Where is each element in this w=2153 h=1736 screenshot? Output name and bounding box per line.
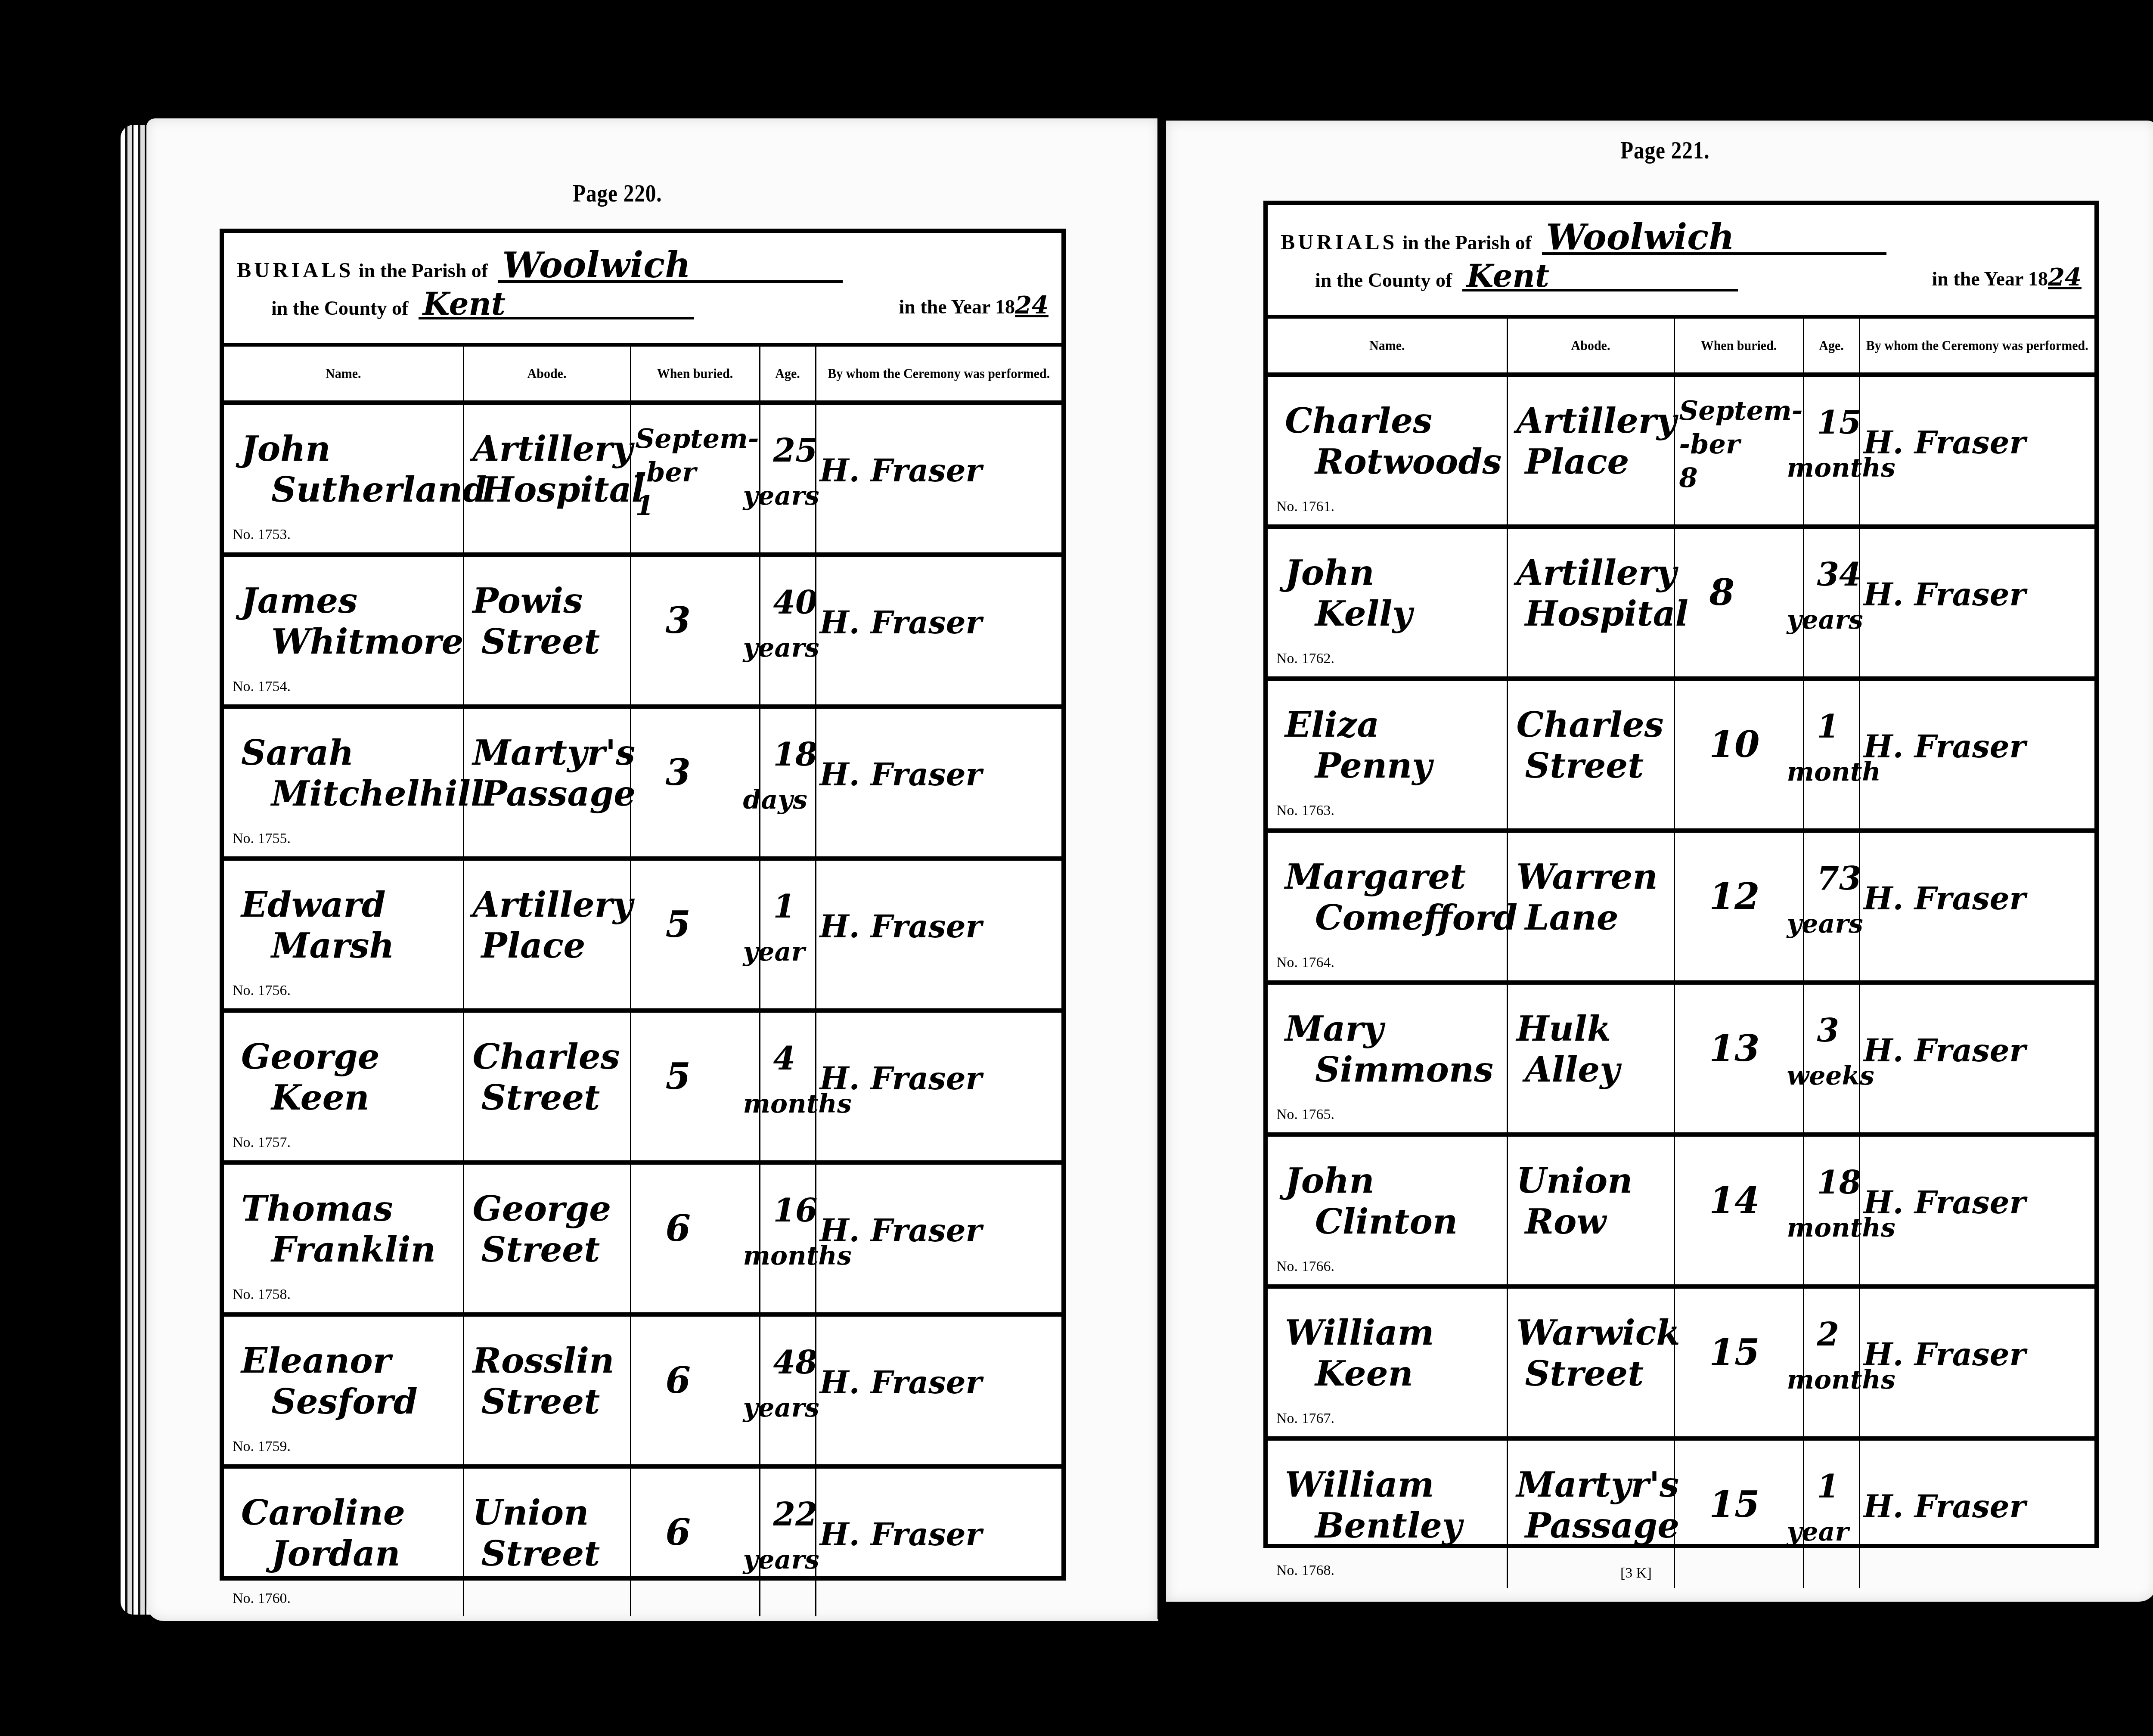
abode-line-2: Street <box>481 1381 600 1422</box>
name-cell: CarolineJordanNo. 1760. <box>224 1466 463 1616</box>
officiant-name: H. Fraser <box>820 1210 982 1251</box>
register-header: BURIALS in the Parish of Woolwich in the… <box>224 233 1061 347</box>
officiant-name: H. Fraser <box>1864 878 2026 919</box>
age-cell: 16months <box>760 1162 816 1314</box>
age-cell: 4months <box>760 1011 816 1162</box>
name-cell: MarySimmonsNo. 1765. <box>1268 983 1507 1135</box>
burial-date: 12 <box>1709 876 1760 917</box>
age-value: 48 <box>773 1342 818 1383</box>
abode-cell: GeorgeStreet <box>463 1162 630 1314</box>
column-header-name: Name. <box>224 344 463 405</box>
age-unit: years <box>743 1540 819 1581</box>
officiant-name: H. Fraser <box>1864 1486 2026 1527</box>
name-cell: EdwardMarshNo. 1756. <box>224 859 463 1011</box>
abode-line-2: Lane <box>1525 897 1619 938</box>
age-cell: 1year <box>1803 1438 1859 1588</box>
abode-line-2: Place <box>481 925 586 966</box>
first-name: Sarah <box>241 732 354 773</box>
entry-number: No. 1768. <box>1276 1562 1334 1579</box>
when-buried-cell: 6 <box>630 1466 760 1616</box>
burials-table: Name. Abode. When buried. Age. By whom t… <box>1268 319 2094 1588</box>
abode-cell: PowisStreet <box>463 555 630 707</box>
entry-number: No. 1756. <box>233 983 291 999</box>
age-unit: years <box>1787 600 1863 641</box>
officiant-cell: H. Fraser <box>1859 375 2094 527</box>
abode-cell: RosslinStreet <box>463 1314 630 1466</box>
age-value: 18 <box>1817 1162 1861 1203</box>
age-cell: 34years <box>1803 527 1859 679</box>
abode-line-2: Hospital <box>481 469 645 510</box>
officiant-cell: H. Fraser <box>1859 1286 2094 1438</box>
when-buried-cell: 14 <box>1674 1135 1803 1286</box>
entry-number: No. 1754. <box>233 679 291 695</box>
abode-line-1: Powis <box>473 580 583 621</box>
burial-date: 15 <box>1709 1332 1760 1373</box>
abode-line-2: Street <box>481 621 600 662</box>
entry-number: No. 1760. <box>233 1590 291 1607</box>
entry-number: No. 1759. <box>233 1438 291 1455</box>
officiant-cell: H. Fraser <box>816 403 1061 555</box>
entry-number: No. 1761. <box>1276 499 1334 515</box>
officiant-cell: H. Fraser <box>816 707 1061 859</box>
age-unit: year <box>1787 1512 1849 1553</box>
burial-register-table: BURIALS in the Parish of Woolwich in the… <box>220 229 1066 1581</box>
abode-line-1: Artillery <box>1517 552 1677 593</box>
when-buried-cell: Septem- -ber 1 <box>630 403 760 555</box>
parish-label: in the Parish of <box>359 260 488 282</box>
age-value: 40 <box>773 583 818 623</box>
year-suffix: 24 <box>2048 263 2082 291</box>
burial-date: 10 <box>1709 724 1760 765</box>
officiant-name: H. Fraser <box>820 602 982 643</box>
surname: Clinton <box>1315 1201 1458 1242</box>
first-name: Mary <box>1285 1008 1384 1049</box>
age-unit: years <box>743 476 819 517</box>
entry-number: No. 1765. <box>1276 1107 1334 1123</box>
when-buried-cell: 10 <box>1674 679 1803 831</box>
when-buried-cell: 3 <box>630 707 760 859</box>
abode-line-1: Artillery <box>1517 400 1677 441</box>
first-name: Caroline <box>241 1492 405 1533</box>
year-suffix: 24 <box>1015 291 1049 319</box>
entry-number: No. 1753. <box>233 527 291 543</box>
abode-line-1: Artillery <box>473 428 633 469</box>
name-cell: ElizaPennyNo. 1763. <box>1268 679 1507 831</box>
age-value: 3 <box>1817 1011 1840 1051</box>
when-buried-cell: 6 <box>630 1314 760 1466</box>
first-name: William <box>1285 1464 1434 1505</box>
officiant-name: H. Fraser <box>820 1058 982 1099</box>
entry-number: No. 1762. <box>1276 651 1334 667</box>
first-name: John <box>1285 552 1374 593</box>
abode-cell: CharlesStreet <box>463 1011 630 1162</box>
surname: Penny <box>1315 745 1432 786</box>
first-name: George <box>241 1036 380 1077</box>
table-row: JohnSutherlandNo. 1753.ArtilleryHospital… <box>224 403 1061 555</box>
age-unit: years <box>1787 904 1863 945</box>
age-cell: 18days <box>760 707 816 859</box>
abode-cell: UnionRow <box>1507 1135 1674 1286</box>
entry-number: No. 1763. <box>1276 803 1334 819</box>
age-value: 18 <box>773 735 818 775</box>
entry-number: No. 1764. <box>1276 955 1334 971</box>
age-cell: 48years <box>760 1314 816 1466</box>
column-header-age: Age. <box>1803 316 1859 377</box>
age-cell: 1month <box>1803 679 1859 831</box>
age-unit: days <box>743 780 807 821</box>
officiant-name: H. Fraser <box>820 1362 982 1403</box>
abode-cell: HulkAlley <box>1507 983 1674 1135</box>
abode-line-1: Martyr's <box>1517 1464 1679 1505</box>
officiant-name: H. Fraser <box>1864 726 2026 767</box>
table-row: CarolineJordanNo. 1760.UnionStreet622yea… <box>224 1466 1061 1616</box>
surname: Kelly <box>1315 593 1412 634</box>
name-cell: JohnClintonNo. 1766. <box>1268 1135 1507 1286</box>
age-value: 22 <box>773 1494 818 1535</box>
burial-date: 8 <box>1709 572 1734 613</box>
abode-cell: CharlesStreet <box>1507 679 1674 831</box>
when-buried-cell: Septem- -ber 8 <box>1674 375 1803 527</box>
name-cell: CharlesRotwoodsNo. 1761. <box>1268 375 1507 527</box>
age-value: 1 <box>773 887 796 927</box>
first-name: William <box>1285 1312 1434 1353</box>
burials-label: BURIALS <box>1281 230 1397 254</box>
name-cell: MargaretComeffordNo. 1764. <box>1268 831 1507 983</box>
column-header-age: Age. <box>760 344 816 405</box>
table-row: SarahMitchelhillNo. 1755.Martyr'sPassage… <box>224 707 1061 859</box>
entry-number: No. 1758. <box>233 1286 291 1303</box>
name-cell: JamesWhitmoreNo. 1754. <box>224 555 463 707</box>
first-name: Charles <box>1285 400 1432 441</box>
age-value: 1 <box>1817 1466 1840 1507</box>
age-value: 25 <box>773 431 818 471</box>
table-row: WilliamKeenNo. 1767.WarwickStreet152mont… <box>1268 1286 2094 1438</box>
burial-date: Septem- -ber 1 <box>636 422 759 523</box>
age-cell: 25years <box>760 403 816 555</box>
abode-line-2: Alley <box>1525 1049 1620 1090</box>
age-cell: 3weeks <box>1803 983 1859 1135</box>
table-row: WilliamBentleyNo. 1768.Martyr'sPassage15… <box>1268 1438 2094 1588</box>
abode-line-2: Street <box>481 1077 600 1118</box>
first-name: John <box>241 428 331 469</box>
table-row: JohnKellyNo. 1762.ArtilleryHospital834ye… <box>1268 527 2094 679</box>
officiant-cell: H. Fraser <box>816 1162 1061 1314</box>
first-name: Thomas <box>241 1188 393 1229</box>
abode-line-1: George <box>473 1188 611 1229</box>
officiant-cell: H. Fraser <box>816 555 1061 707</box>
age-value: 2 <box>1817 1314 1840 1355</box>
officiant-name: H. Fraser <box>820 450 982 491</box>
surname: Sutherland <box>271 469 487 510</box>
abode-cell: ArtilleryPlace <box>463 859 630 1011</box>
table-row: JamesWhitmoreNo. 1754.PowisStreet340year… <box>224 555 1061 707</box>
age-value: 1 <box>1817 707 1840 747</box>
county-name: Kent <box>419 291 694 319</box>
table-row: GeorgeKeenNo. 1757.CharlesStreet54months… <box>224 1011 1061 1162</box>
abode-line-1: Union <box>473 1492 589 1533</box>
age-cell: 73years <box>1803 831 1859 983</box>
abode-line-1: Charles <box>473 1036 620 1077</box>
abode-line-2: Street <box>481 1229 600 1270</box>
county-label: in the County of <box>271 297 408 319</box>
officiant-cell: H. Fraser <box>1859 527 2094 679</box>
when-buried-cell: 5 <box>630 859 760 1011</box>
table-row: EleanorSesfordNo. 1759.RosslinStreet648y… <box>224 1314 1061 1466</box>
first-name: Eleanor <box>241 1340 391 1381</box>
officiant-name: H. Fraser <box>1864 422 2026 463</box>
entries-right: CharlesRotwoodsNo. 1761.ArtilleryPlaceSe… <box>1268 375 2094 1588</box>
age-value: 15 <box>1817 403 1861 443</box>
officiant-cell: H. Fraser <box>816 1466 1061 1616</box>
abode-cell: WarwickStreet <box>1507 1286 1674 1438</box>
burial-date: 14 <box>1709 1180 1760 1221</box>
age-cell: 22years <box>760 1466 816 1616</box>
entry-number: No. 1766. <box>1276 1259 1334 1275</box>
age-value: 34 <box>1817 555 1861 595</box>
when-buried-cell: 3 <box>630 555 760 707</box>
county-name: Kent <box>1462 263 1738 291</box>
name-cell: WilliamKeenNo. 1767. <box>1268 1286 1507 1438</box>
abode-line-1: Artillery <box>473 884 633 925</box>
page-number: Page 220. <box>573 179 662 208</box>
officiant-cell: H. Fraser <box>1859 831 2094 983</box>
table-row: EdwardMarshNo. 1756.ArtilleryPlace51year… <box>224 859 1061 1011</box>
column-header-officiant: By whom the Ceremony was performed. <box>816 344 1061 405</box>
first-name: Edward <box>241 884 386 925</box>
column-header-abode: Abode. <box>463 344 630 405</box>
abode-line-1: Warren <box>1517 856 1658 897</box>
left-page: Page 220. BURIALS in the Parish of Woolw… <box>146 118 1158 1621</box>
officiant-cell: H. Fraser <box>1859 1438 2094 1588</box>
book-gutter <box>1157 116 1167 1619</box>
name-cell: GeorgeKeenNo. 1757. <box>224 1011 463 1162</box>
burials-label: BURIALS <box>237 258 354 282</box>
abode-line-1: Charles <box>1517 704 1664 745</box>
burial-date: 3 <box>666 752 691 793</box>
first-name: Margaret <box>1285 856 1466 897</box>
parish-name: Woolwich <box>498 250 843 283</box>
entry-number: No. 1757. <box>233 1135 291 1151</box>
year-label: in the Year 18 <box>899 296 1015 318</box>
entry-number: No. 1767. <box>1276 1410 1334 1427</box>
officiant-name: H. Fraser <box>1864 574 2026 615</box>
burial-date: 3 <box>666 600 691 641</box>
officiant-name: H. Fraser <box>820 754 982 795</box>
abode-line-2: Passage <box>481 773 636 814</box>
surname: Bentley <box>1315 1505 1462 1546</box>
column-header-name: Name. <box>1268 316 1507 377</box>
column-header-officiant: By whom the Ceremony was performed. <box>1859 316 2094 377</box>
age-value: 16 <box>773 1190 818 1231</box>
age-value: 73 <box>1817 859 1861 899</box>
table-row: ThomasFranklinNo. 1758.GeorgeStreet616mo… <box>224 1162 1061 1314</box>
surname: Simmons <box>1315 1049 1493 1090</box>
burial-register-table: BURIALS in the Parish of Woolwich in the… <box>1263 201 2099 1548</box>
table-row: CharlesRotwoodsNo. 1761.ArtilleryPlaceSe… <box>1268 375 2094 527</box>
officiant-cell: H. Fraser <box>1859 1135 2094 1286</box>
when-buried-cell: 13 <box>1674 983 1803 1135</box>
surname: Rotwoods <box>1315 441 1502 482</box>
name-cell: SarahMitchelhillNo. 1755. <box>224 707 463 859</box>
surname: Whitmore <box>271 621 463 662</box>
surname: Franklin <box>271 1229 436 1270</box>
surname: Keen <box>271 1077 369 1118</box>
column-header-when-buried: When buried. <box>1674 316 1803 377</box>
county-label: in the County of <box>1315 269 1452 291</box>
burial-date: 6 <box>666 1360 691 1401</box>
age-cell: 15months <box>1803 375 1859 527</box>
surname: Keen <box>1315 1353 1413 1394</box>
when-buried-cell: 15 <box>1674 1286 1803 1438</box>
officiant-name: H. Fraser <box>1864 1334 2026 1375</box>
surname: Mitchelhill <box>271 773 484 814</box>
burial-date: 5 <box>666 1056 691 1097</box>
table-row: MargaretComeffordNo. 1764.WarrenLane1273… <box>1268 831 2094 983</box>
abode-line-2: Street <box>481 1533 600 1574</box>
surname: Marsh <box>271 925 394 966</box>
burial-date: 6 <box>666 1512 691 1553</box>
register-header: BURIALS in the Parish of Woolwich in the… <box>1268 205 2094 319</box>
when-buried-cell: 8 <box>1674 527 1803 679</box>
abode-line-2: Hospital <box>1525 593 1689 634</box>
name-cell: EleanorSesfordNo. 1759. <box>224 1314 463 1466</box>
age-value: 4 <box>773 1038 796 1079</box>
year-label: in the Year 18 <box>1932 268 2048 290</box>
abode-cell: ArtilleryHospital <box>463 403 630 555</box>
officiant-name: H. Fraser <box>820 1514 982 1555</box>
age-unit: years <box>743 628 819 669</box>
when-buried-cell: 12 <box>1674 831 1803 983</box>
age-unit: years <box>743 1388 819 1429</box>
first-name: Eliza <box>1285 704 1379 745</box>
surname: Jordan <box>271 1533 400 1574</box>
abode-line-2: Row <box>1525 1201 1607 1242</box>
when-buried-cell: 6 <box>630 1162 760 1314</box>
name-cell: JohnSutherlandNo. 1753. <box>224 403 463 555</box>
name-cell: ThomasFranklinNo. 1758. <box>224 1162 463 1314</box>
when-buried-cell: 15 <box>1674 1438 1803 1588</box>
column-header-abode: Abode. <box>1507 316 1674 377</box>
when-buried-cell: 5 <box>630 1011 760 1162</box>
burial-date: 5 <box>666 904 691 945</box>
first-name: John <box>1285 1160 1374 1201</box>
abode-line-1: Warwick <box>1517 1312 1680 1353</box>
officiant-name: H. Fraser <box>1864 1182 2026 1223</box>
officiant-name: H. Fraser <box>820 906 982 947</box>
name-cell: JohnKellyNo. 1762. <box>1268 527 1507 679</box>
name-cell: WilliamBentleyNo. 1768. <box>1268 1438 1507 1588</box>
table-row: JohnClintonNo. 1766.UnionRow1418monthsH.… <box>1268 1135 2094 1286</box>
burial-date: Septem- -ber 8 <box>1679 394 1803 495</box>
officiant-cell: H. Fraser <box>816 1314 1061 1466</box>
abode-line-1: Union <box>1517 1160 1633 1201</box>
abode-line-2: Passage <box>1525 1505 1680 1546</box>
abode-line-1: Hulk <box>1517 1008 1611 1049</box>
parish-label: in the Parish of <box>1402 232 1532 254</box>
abode-line-2: Street <box>1525 1353 1644 1394</box>
abode-line-1: Martyr's <box>473 732 636 773</box>
officiant-name: H. Fraser <box>1864 1030 2026 1071</box>
burial-date: 6 <box>666 1208 691 1249</box>
abode-cell: ArtilleryHospital <box>1507 527 1674 679</box>
age-cell: 1year <box>760 859 816 1011</box>
entry-number: No. 1755. <box>233 831 291 847</box>
officiant-cell: H. Fraser <box>1859 983 2094 1135</box>
abode-line-1: Rosslin <box>473 1340 614 1381</box>
age-cell: 2months <box>1803 1286 1859 1438</box>
age-cell: 40years <box>760 555 816 707</box>
officiant-cell: H. Fraser <box>1859 679 2094 831</box>
burials-table: Name. Abode. When buried. Age. By whom t… <box>224 347 1061 1616</box>
abode-line-2: Street <box>1525 745 1644 786</box>
officiant-cell: H. Fraser <box>816 1011 1061 1162</box>
burial-date: 15 <box>1709 1484 1760 1525</box>
right-page: Page 221. BURIALS in the Parish of Woolw… <box>1166 121 2153 1602</box>
age-cell: 18months <box>1803 1135 1859 1286</box>
printer-signature-mark: [3 K] <box>1620 1565 1652 1581</box>
column-header-when-buried: When buried. <box>630 344 760 405</box>
burial-date: 13 <box>1709 1028 1760 1069</box>
table-row: MarySimmonsNo. 1765.HulkAlley133weeksH. … <box>1268 983 2094 1135</box>
entries-left: JohnSutherlandNo. 1753.ArtilleryHospital… <box>224 403 1061 1616</box>
abode-line-2: Place <box>1525 441 1629 482</box>
abode-cell: ArtilleryPlace <box>1507 375 1674 527</box>
abode-cell: UnionStreet <box>463 1466 630 1616</box>
officiant-cell: H. Fraser <box>816 859 1061 1011</box>
surname: Comefford <box>1315 897 1517 938</box>
age-unit: year <box>743 932 805 973</box>
abode-cell: Martyr'sPassage <box>463 707 630 859</box>
parish-name: Woolwich <box>1542 222 1886 255</box>
abode-cell: WarrenLane <box>1507 831 1674 983</box>
page-number: Page 221. <box>1620 136 1710 164</box>
table-row: ElizaPennyNo. 1763.CharlesStreet101month… <box>1268 679 2094 831</box>
first-name: James <box>241 580 357 621</box>
surname: Sesford <box>271 1381 418 1422</box>
